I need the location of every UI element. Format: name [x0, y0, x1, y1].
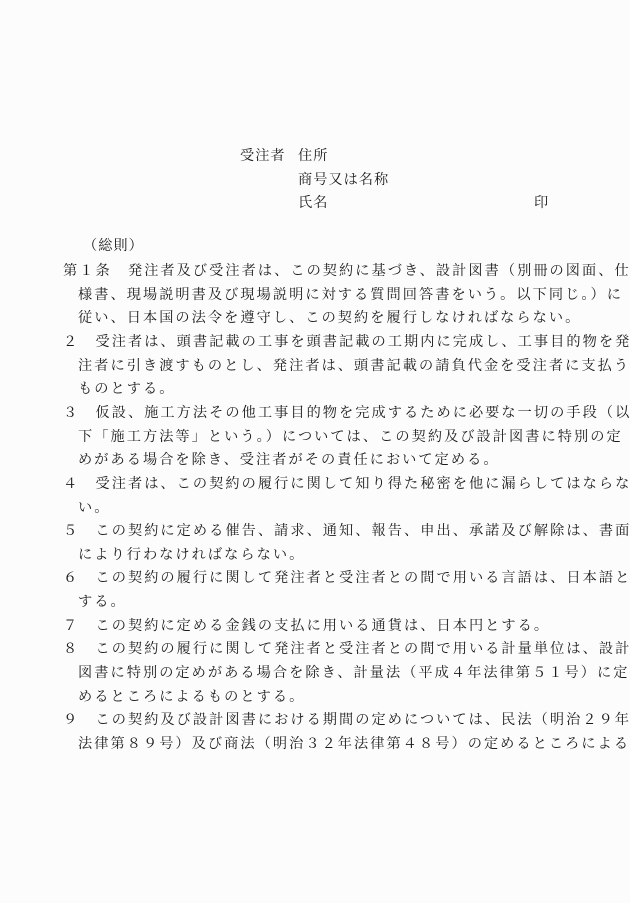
article-line: ８ この契約の履行に関して発注者と受注者との間で用いる計量単位は、設計 — [63, 638, 630, 660]
article-line: ２ 受注者は、頭書記載の工事を頭書記載の工期内に完成し、工事目的物を発 — [63, 331, 630, 353]
article-line: 従い、日本国の法令を遵守し、この契約を履行しなければならない。 — [78, 307, 581, 329]
address-label: 住所 — [298, 146, 328, 166]
article-line: めるところによるものとする。 — [78, 686, 305, 708]
article-line: する。 — [78, 591, 127, 613]
article-line: 法律第８９号）及び商法（明治３２年法律第４８号）の定めるところによる — [78, 733, 630, 755]
name-label: 氏名 — [298, 193, 328, 213]
article-line: めがある場合を除き、受注者がその責任において定める。 — [78, 449, 500, 471]
article-line: ９ この契約及び設計図書における期間の定めについては、民法（明治２９年 — [63, 709, 630, 731]
section-heading: （総則） — [83, 235, 144, 257]
article-line: 第１条 発注者及び受注者は、この契約に基づき、設計図書（別冊の図面、仕 — [63, 260, 630, 282]
company-name-label: 商号又は名称 — [298, 170, 389, 190]
article-line: 注者に引き渡すものとし、発注者は、頭書記載の請負代金を受注者に支払う — [78, 355, 630, 377]
article-line: 図書に特別の定めがある場合を除き、計量法（平成４年法律第５１号）に定 — [78, 662, 630, 684]
article-line: ものとする。 — [78, 378, 175, 400]
document-page: 受注者 住所 商号又は名称 氏名 印 （総則） 第１条 発注者及び受注者は、この… — [0, 0, 630, 903]
article-line: ４ 受注者は、この契約の履行に関して知り得た秘密を他に漏らしてはならな — [63, 473, 630, 495]
contractor-role-label: 受注者 — [240, 146, 286, 166]
article-line: い。 — [78, 497, 110, 519]
article-line: ７ この契約に定める金銭の支払に用いる通貨は、日本円とする。 — [63, 615, 550, 637]
article-line: 様書、現場説明書及び現場説明に対する質問回答書をいう。以下同じ。）に — [78, 284, 623, 306]
seal-mark: 印 — [534, 193, 548, 213]
article-line: 下「施工方法等」という。）については、この契約及び設計図書に特別の定 — [78, 426, 623, 448]
article-line: ６ この契約の履行に関して発注者と受注者との間で用いる言語は、日本語と — [63, 567, 630, 589]
article-line: により行わなければならない。 — [78, 544, 305, 566]
article-line: ３ 仮設、施工方法その他工事目的物を完成するために必要な一切の手段（以 — [63, 402, 630, 424]
article-line: ５ この契約に定める催告、請求、通知、報告、申出、承諾及び解除は、書面 — [63, 520, 630, 542]
